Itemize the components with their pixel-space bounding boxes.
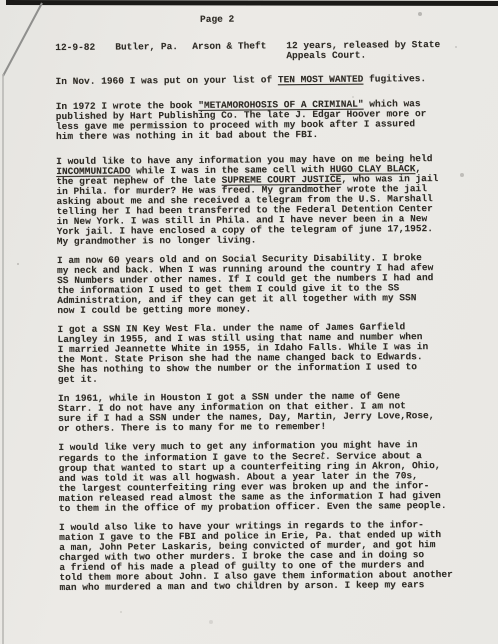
text-segment: I am now 60 years old and on Social Secu… [57, 252, 433, 316]
page-number-heading: Page 2 [200, 13, 455, 25]
text-segment: fugitives. [363, 73, 426, 84]
paragraph: I would like to have any information you… [56, 154, 457, 247]
text-segment: I got a SSN IN Key West Fla. under the n… [57, 321, 428, 385]
paragraph: In 1972 I wrote the book "METAMOROHOSIS … [56, 99, 456, 142]
letter-body: In Nov. 1960 I was put on your list of T… [55, 74, 459, 593]
record-sentence: 12 years, released by State Appeals Cour… [286, 40, 440, 61]
scanned-letter-page: Page 2 12-9-82 Butler, Pa. Arson & Theft… [0, 0, 498, 644]
record-location: Butler, Pa. [115, 42, 178, 52]
text-segment: In Nov. 1960 I was put on your list of [55, 74, 277, 87]
paragraph: I got a SSN IN Key West Fla. under the n… [57, 322, 457, 385]
underlined-text: TEN MOST WANTED [278, 74, 364, 86]
scan-top-edge-artifact [6, 0, 498, 6]
text-segment: I would also like to have your writings … [59, 519, 453, 593]
paragraph: In 1961, while in Houston I got a SSN un… [58, 391, 458, 434]
record-date: 12-9-82 [55, 43, 95, 53]
record-row: 12-9-82 Butler, Pa. Arson & Theft 12 yea… [55, 40, 455, 63]
paragraph: I would like very much to get any inform… [58, 440, 459, 514]
text-segment: In 1961, while in Houston I got a SSN un… [58, 390, 434, 434]
scan-noise-specks [0, 0, 2, 2]
paragraph: I would also like to have your writings … [59, 520, 460, 593]
record-charge: Arson & Theft [192, 41, 266, 52]
paragraph: I am now 60 years old and on Social Secu… [57, 253, 457, 316]
letter-content: Page 2 12-9-82 Butler, Pa. Arson & Theft… [55, 13, 460, 602]
paragraph: In Nov. 1960 I was put on your list of T… [55, 74, 455, 87]
